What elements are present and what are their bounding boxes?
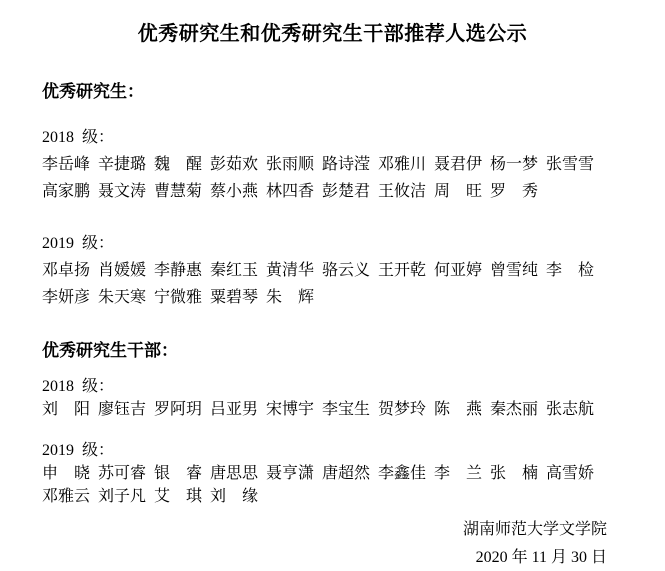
names-line: 刘 阳 廖钰吉 罗阿玥 吕亚男 宋博宇 李宝生 贺梦玲 陈 燕 秦杰丽 张志航 bbox=[42, 398, 623, 421]
group-cadres-2019: 2019 级： 申 晓 苏可睿 银 睿 唐思思 聂亨潇 唐超然 李鑫佳 李 兰 … bbox=[42, 439, 623, 508]
signature-block: 湖南师范大学文学院 2020 年 11 月 30 日 bbox=[42, 516, 623, 571]
section-heading-graduates: 优秀研究生： bbox=[42, 80, 623, 104]
grade-label-2018: 2018 级： bbox=[42, 375, 623, 398]
signature-organization: 湖南师范大学文学院 bbox=[42, 516, 607, 544]
group-graduates-2018: 2018 级： 李岳峰 辛捷璐 魏 醒 彭茹欢 张雨顺 路诗滢 邓雅川 聂君伊 … bbox=[42, 124, 623, 205]
names-line: 申 晓 苏可睿 银 睿 唐思思 聂亨潇 唐超然 李鑫佳 李 兰 张 楠 高雪娇 bbox=[42, 462, 623, 485]
names-line: 邓卓扬 肖媛媛 李静惠 秦红玉 黄清华 骆云义 王开乾 何亚婷 曾雪纯 李 检 bbox=[42, 257, 623, 284]
section-heading-cadres: 优秀研究生干部： bbox=[42, 339, 623, 363]
announcement-document: 优秀研究生和优秀研究生干部推荐人选公示 优秀研究生： 2018 级： 李岳峰 辛… bbox=[0, 0, 665, 571]
names-line: 李岳峰 辛捷璐 魏 醒 彭茹欢 张雨顺 路诗滢 邓雅川 聂君伊 杨一梦 张雪雪 bbox=[42, 151, 623, 178]
section-outstanding-graduates: 优秀研究生： 2018 级： 李岳峰 辛捷璐 魏 醒 彭茹欢 张雨顺 路诗滢 邓… bbox=[42, 80, 623, 311]
names-line: 邓雅云 刘子凡 艾 琪 刘 缘 bbox=[42, 485, 623, 508]
group-cadres-2018: 2018 级： 刘 阳 廖钰吉 罗阿玥 吕亚男 宋博宇 李宝生 贺梦玲 陈 燕 … bbox=[42, 375, 623, 421]
signature-date: 2020 年 11 月 30 日 bbox=[42, 544, 607, 571]
grade-label-2019: 2019 级： bbox=[42, 439, 623, 462]
grade-label-2018: 2018 级： bbox=[42, 124, 623, 151]
names-line: 高家鹏 聂文涛 曹慧菊 蔡小燕 林四香 彭楚君 王攸洁 周 旺 罗 秀 bbox=[42, 178, 623, 205]
group-graduates-2019: 2019 级： 邓卓扬 肖媛媛 李静惠 秦红玉 黄清华 骆云义 王开乾 何亚婷 … bbox=[42, 230, 623, 311]
section-outstanding-cadres: 优秀研究生干部： 2018 级： 刘 阳 廖钰吉 罗阿玥 吕亚男 宋博宇 李宝生… bbox=[42, 339, 623, 508]
page-title: 优秀研究生和优秀研究生干部推荐人选公示 bbox=[42, 20, 623, 48]
grade-label-2019: 2019 级： bbox=[42, 230, 623, 257]
names-line: 李妍彦 朱天寒 宁微雅 粟碧琴 朱 辉 bbox=[42, 284, 623, 311]
